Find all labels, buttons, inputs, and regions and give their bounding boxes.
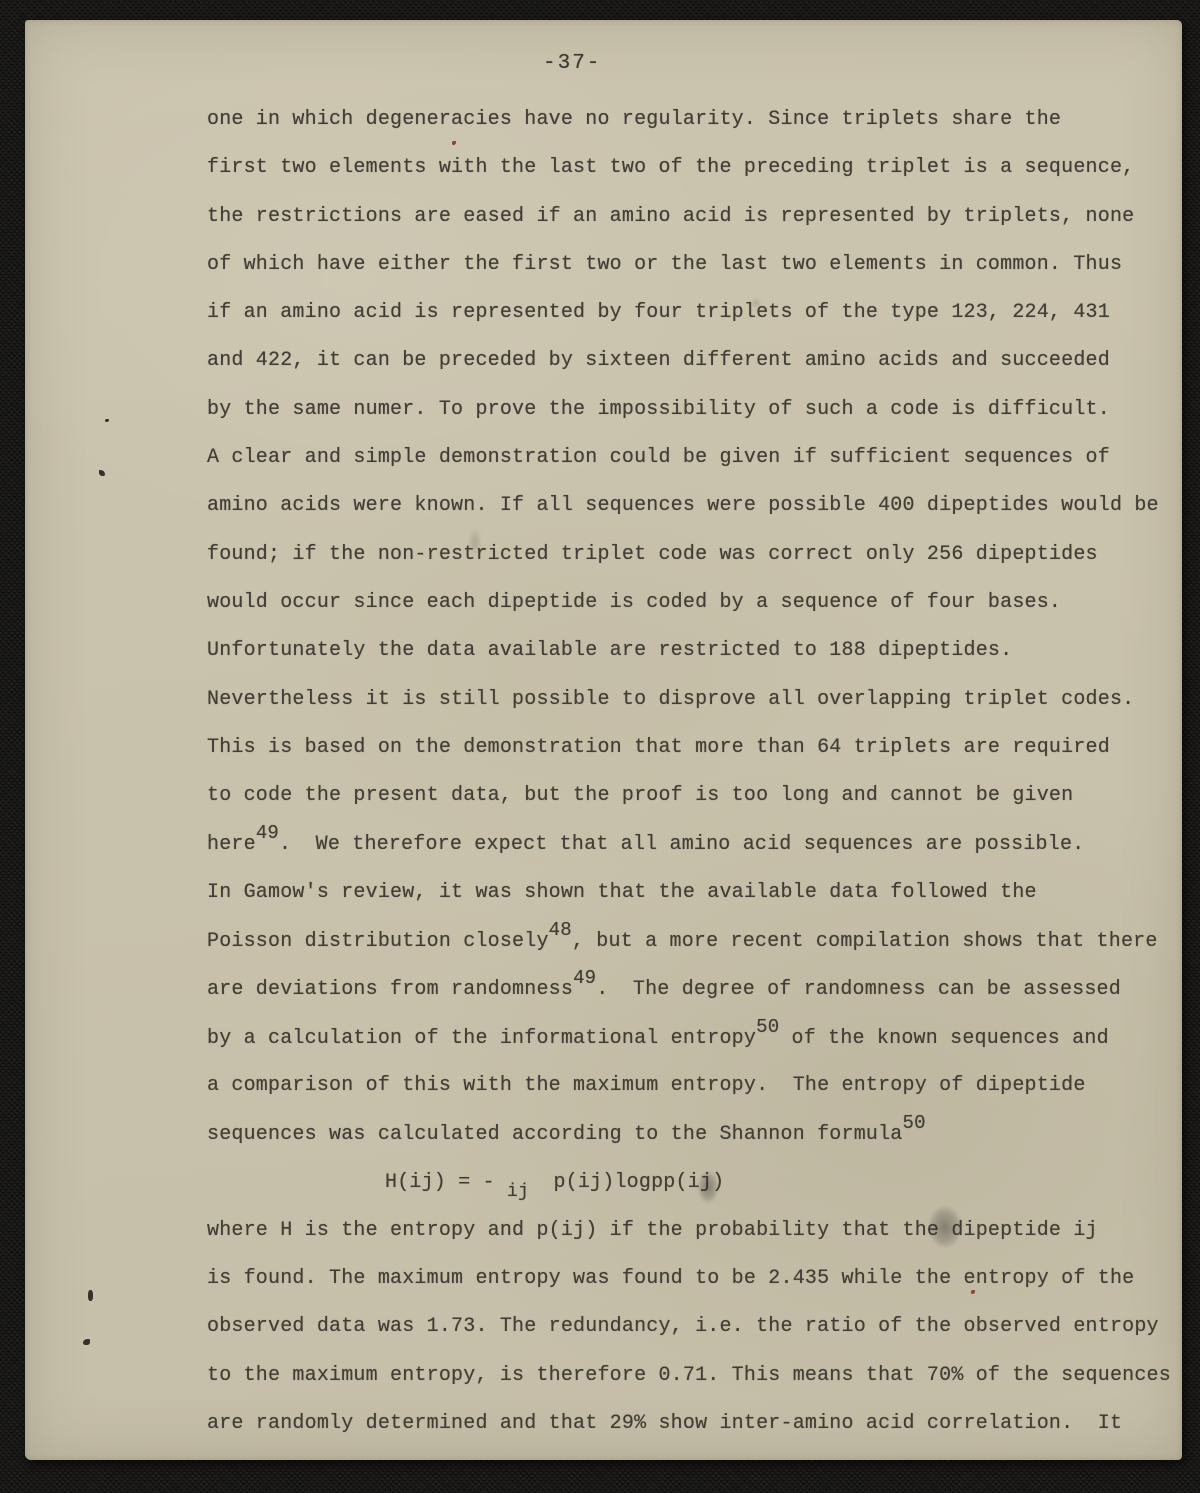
line-text: are randomly determined and that 29% sho… <box>207 1412 1122 1435</box>
superscript-reference: 50 <box>756 1003 779 1051</box>
text-line: Poisson distribution closely48, but a mo… <box>207 917 1182 965</box>
line-text: Poisson distribution closely <box>207 930 549 953</box>
text-line: sequences was calculated according to th… <box>207 1110 1182 1158</box>
line-text: of which have either the first two or th… <box>207 253 1122 276</box>
text-line: amino acids were known. If all sequences… <box>207 482 1182 530</box>
text-line: to code the present data, but the proof … <box>207 772 1182 820</box>
superscript-reference: 49 <box>573 954 596 1002</box>
ink-speck <box>88 1290 93 1301</box>
line-text: if an amino acid is represented by four … <box>207 301 1110 324</box>
line-text: is found. The maximum entropy was found … <box>207 1267 1134 1290</box>
text-line: Unfortunately the data available are res… <box>207 627 1182 675</box>
superscript-reference: 50 <box>903 1099 926 1147</box>
text-line: to the maximum entropy, is therefore 0.7… <box>207 1352 1182 1400</box>
line-text: one in which degeneracies have no regula… <box>207 108 1061 131</box>
line-text: In Gamow's review, it was shown that the… <box>207 881 1037 904</box>
line-text: , but a more recent compilation shows th… <box>572 930 1158 953</box>
line-text: found; if the non-restricted triplet cod… <box>207 543 1098 566</box>
ink-smudge <box>694 1165 722 1209</box>
line-text: and 422, it can be preceded by sixteen d… <box>207 349 1110 372</box>
superscript-reference: 48 <box>549 906 572 954</box>
typescript-page: -37- one in which degeneracies have no r… <box>25 20 1182 1460</box>
line-text: sequences was calculated according to th… <box>207 1123 903 1146</box>
text-line: found; if the non-restricted triplet cod… <box>207 531 1182 579</box>
text-line: This is based on the demonstration that … <box>207 724 1182 772</box>
line-text: observed data was 1.73. The redundancy, … <box>207 1315 1159 1338</box>
ink-smudge <box>465 522 485 562</box>
line-text: . The degree of randomness can be assess… <box>596 978 1121 1001</box>
line-text: H(ij) = - <box>385 1171 507 1194</box>
line-text: by a calculation of the informational en… <box>207 1027 756 1050</box>
text-line: would occur since each dipeptide is code… <box>207 579 1182 627</box>
line-text: Nevertheless it is still possible to dis… <box>207 688 1134 711</box>
text-line: one in which degeneracies have no regula… <box>207 96 1182 144</box>
line-text: of the known sequences and <box>779 1027 1108 1050</box>
line-text: the restrictions are eased if an amino a… <box>207 205 1134 228</box>
text-line: where H is the entropy and p(ij) if the … <box>207 1207 1182 1255</box>
text-line: of which have either the first two or th… <box>207 241 1182 289</box>
text-line: A clear and simple demonstration could b… <box>207 434 1182 482</box>
ink-smudge <box>748 295 764 311</box>
text-line: Nevertheless it is still possible to dis… <box>207 676 1182 724</box>
text-line: the restrictions are eased if an amino a… <box>207 193 1182 241</box>
ink-smudge <box>922 1198 968 1256</box>
line-text: This is based on the demonstration that … <box>207 736 1110 759</box>
line-text: a comparison of this with the maximum en… <box>207 1074 1086 1097</box>
page-number: -37- <box>543 52 601 75</box>
line-text: Unfortunately the data available are res… <box>207 639 1012 662</box>
line-text: . We therefore expect that all amino aci… <box>279 833 1084 856</box>
ink-speck <box>99 470 105 476</box>
superscript-reference: 49 <box>256 809 279 857</box>
subscript: ij <box>507 1168 529 1216</box>
text-line: a comparison of this with the maximum en… <box>207 1062 1182 1110</box>
text-line: In Gamow's review, it was shown that the… <box>207 869 1182 917</box>
line-text: are deviations from randomness <box>207 978 573 1001</box>
line-text: amino acids were known. If all sequences… <box>207 494 1159 517</box>
text-line: observed data was 1.73. The redundancy, … <box>207 1303 1182 1351</box>
text-line: first two elements with the last two of … <box>207 144 1182 192</box>
text-line: here49. We therefore expect that all ami… <box>207 820 1182 868</box>
text-line: by the same numer. To prove the impossib… <box>207 386 1182 434</box>
text-line: are deviations from randomness49. The de… <box>207 965 1182 1013</box>
line-text: would occur since each dipeptide is code… <box>207 591 1061 614</box>
text-line: if an amino acid is represented by four … <box>207 289 1182 337</box>
line-text: A clear and simple demonstration could b… <box>207 446 1110 469</box>
text-line: and 422, it can be preceded by sixteen d… <box>207 337 1182 385</box>
text-line: is found. The maximum entropy was found … <box>207 1255 1182 1303</box>
line-text: first two elements with the last two of … <box>207 156 1134 179</box>
line-text: here <box>207 833 256 856</box>
text-line: by a calculation of the informational en… <box>207 1014 1182 1062</box>
line-text: by the same numer. To prove the impossib… <box>207 398 1110 421</box>
line-text: to the maximum entropy, is therefore 0.7… <box>207 1364 1171 1387</box>
text-line: are randomly determined and that 29% sho… <box>207 1400 1182 1448</box>
ink-speck <box>83 1339 90 1345</box>
line-text: to code the present data, but the proof … <box>207 784 1073 807</box>
text-body: one in which degeneracies have no regula… <box>207 96 1182 1448</box>
